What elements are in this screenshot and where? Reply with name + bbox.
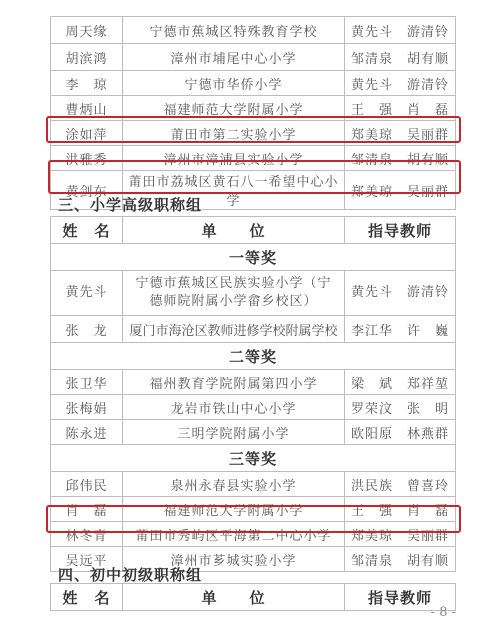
group3-table: 姓 名 单 位 指导教师 一等奖 黄先斗 宁德市蕉城区民族实验小学（宁德师院附属… (50, 216, 456, 572)
page-number: - 8 - (431, 605, 456, 620)
student-name: 曹炳山 (51, 96, 123, 121)
student-name: 张 龙 (51, 316, 123, 343)
instructors: 黄先斗 游清铃 (345, 71, 456, 96)
instructors: 邹清泉 胡有顺 (345, 547, 456, 572)
school-unit: 三明学院附属小学 (123, 420, 345, 445)
instructors: 梁 斌 郑祥堃 (345, 370, 456, 395)
instructors: 邹清泉 胡有顺 (345, 146, 456, 171)
table-row: 胡滨鸿 漳州市埔尾中心小学 邹清泉 胡有顺 (51, 44, 456, 71)
school-unit: 宁德市蕉城区民族实验小学（宁德师院附属小学畲乡校区） (123, 271, 345, 316)
prize-row: 二等奖 (51, 343, 456, 370)
student-name: 林冬青 (51, 522, 123, 547)
table-row: 周天缘 宁德市蕉城区特殊教育学校 黄先斗 游清铃 (51, 17, 456, 44)
instructors: 欧阳原 林燕群 (345, 420, 456, 445)
prize-label-second: 二等奖 (51, 343, 456, 370)
instructors: 邹清泉 胡有顺 (345, 44, 456, 71)
student-name: 张梅娟 (51, 395, 123, 420)
school-unit: 福建师范大学附属小学 (123, 497, 345, 522)
table-row: 张梅娟 龙岩市铁山中心小学 罗荣汶 张 明 (51, 395, 456, 420)
prize-row: 三等奖 (51, 445, 456, 472)
table-row: 张 龙 厦门市海沧区教师进修学校附属学校 李江华 许 巍 (51, 316, 456, 343)
table-row: 张卫华 福州教育学院附属第四小学 梁 斌 郑祥堃 (51, 370, 456, 395)
school-unit: 漳州市漳浦县实验小学 (123, 146, 345, 171)
table-row: 李 琼 宁德市华侨小学 黄先斗 游清铃 (51, 71, 456, 96)
instructors: 罗荣汶 张 明 (345, 395, 456, 420)
header-unit: 单 位 (123, 584, 345, 611)
instructors: 王 强 肖 磊 (345, 96, 456, 121)
table-header-row: 姓 名 单 位 指导教师 (51, 584, 456, 611)
student-name: 涂如萍 (51, 121, 123, 146)
table-row: 邱伟民 泉州永春县实验小学 洪民族 曾喜玲 (51, 472, 456, 497)
header-teachers: 指导教师 (345, 217, 456, 244)
table-row: 肖 磊 福建师范大学附属小学 王 强 肖 磊 (51, 497, 456, 522)
student-name: 李 琼 (51, 71, 123, 96)
header-name: 姓 名 (51, 584, 123, 611)
group4-table: 姓 名 单 位 指导教师 (50, 583, 456, 611)
header-name: 姓 名 (51, 217, 123, 244)
instructors: 郑美琼 吴丽群 (345, 171, 456, 210)
student-name: 胡滨鸿 (51, 44, 123, 71)
prize-row: 一等奖 (51, 244, 456, 271)
section-title-group4: 四、初中初级职称组 (58, 564, 202, 585)
instructors: 王 强 肖 磊 (345, 497, 456, 522)
table-row-highlighted: 涂如萍 莆田市第二实验小学 郑美琼 吴丽群 (51, 121, 456, 146)
table-row-highlighted: 林冬青 莆田市秀屿区平海第二中心小学 郑美琼 吴丽群 (51, 522, 456, 547)
header-unit: 单 位 (123, 217, 345, 244)
school-unit: 厦门市海沧区教师进修学校附属学校 (123, 316, 345, 343)
instructors: 洪民族 曾喜玲 (345, 472, 456, 497)
instructors: 郑美琼 吴丽群 (345, 121, 456, 146)
student-name: 洪雅秀 (51, 146, 123, 171)
student-name: 张卫华 (51, 370, 123, 395)
table-row: 陈永进 三明学院附属小学 欧阳原 林燕群 (51, 420, 456, 445)
section-title-group3: 三、小学高级职称组 (58, 194, 202, 215)
school-unit: 福建师范大学附属小学 (123, 96, 345, 121)
instructors: 黄先斗 游清铃 (345, 271, 456, 316)
student-name: 陈永进 (51, 420, 123, 445)
prize-label-third: 三等奖 (51, 445, 456, 472)
student-name: 黄先斗 (51, 271, 123, 316)
school-unit: 龙岩市铁山中心小学 (123, 395, 345, 420)
student-name: 邱伟民 (51, 472, 123, 497)
school-unit: 宁德市华侨小学 (123, 71, 345, 96)
instructors: 黄先斗 游清铃 (345, 17, 456, 44)
student-name: 肖 磊 (51, 497, 123, 522)
school-unit: 莆田市秀屿区平海第二中心小学 (123, 522, 345, 547)
student-name: 周天缘 (51, 17, 123, 44)
table-row: 曹炳山 福建师范大学附属小学 王 强 肖 磊 (51, 96, 456, 121)
instructors: 郑美琼 吴丽群 (345, 522, 456, 547)
instructors: 李江华 许 巍 (345, 316, 456, 343)
table-row: 洪雅秀 漳州市漳浦县实验小学 邹清泉 胡有顺 (51, 146, 456, 171)
table-header-row: 姓 名 单 位 指导教师 (51, 217, 456, 244)
school-unit: 莆田市第二实验小学 (123, 121, 345, 146)
table-row: 黄先斗 宁德市蕉城区民族实验小学（宁德师院附属小学畲乡校区） 黄先斗 游清铃 (51, 271, 456, 316)
school-unit: 宁德市蕉城区特殊教育学校 (123, 17, 345, 44)
group2-table: 周天缘 宁德市蕉城区特殊教育学校 黄先斗 游清铃 胡滨鸿 漳州市埔尾中心小学 邹… (50, 16, 456, 210)
school-unit: 漳州市埔尾中心小学 (123, 44, 345, 71)
school-unit: 泉州永春县实验小学 (123, 472, 345, 497)
school-unit: 福州教育学院附属第四小学 (123, 370, 345, 395)
prize-label-first: 一等奖 (51, 244, 456, 271)
